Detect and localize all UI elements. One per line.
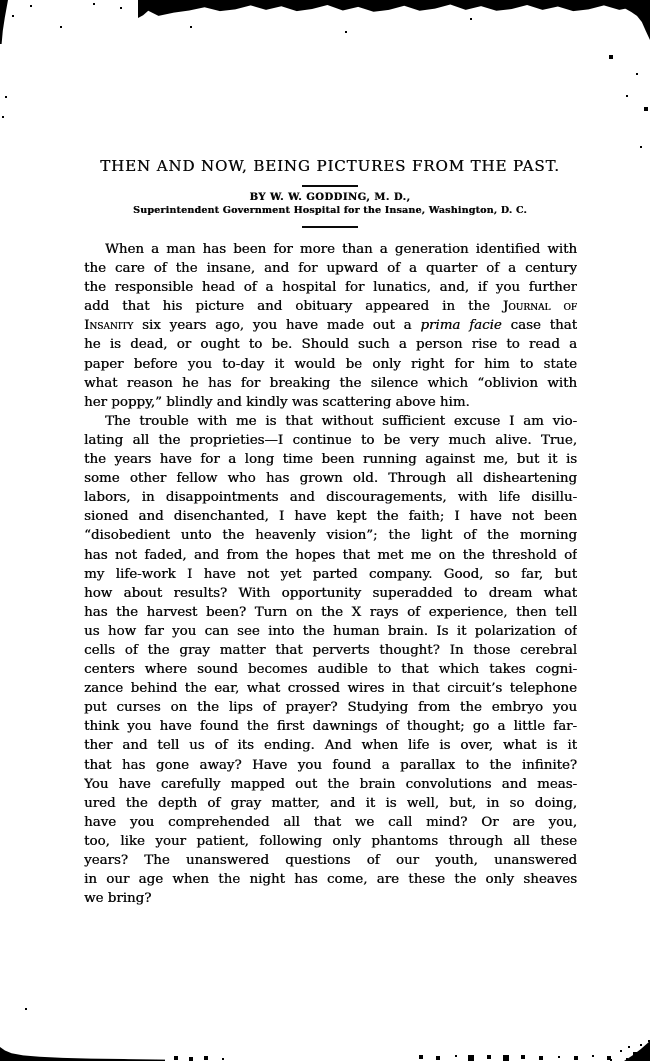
text-line: sioned and disenchanted, I have kept the… xyxy=(84,507,577,526)
text-line: labors, in disappointments and discourag… xyxy=(84,488,577,507)
text-line: add that his picture and obituary appear… xyxy=(84,297,577,316)
text-line: has not faded, and from the hopes that m… xyxy=(84,546,577,565)
text-line: think you have found the first dawnings … xyxy=(84,717,577,736)
text-line: years? The unanswered questions of our y… xyxy=(84,851,577,870)
scan-artifact-bottom-left-wedge xyxy=(0,1047,165,1061)
scan-artifact-top-band xyxy=(138,0,650,18)
paragraph: The trouble with me is that without suff… xyxy=(84,412,577,908)
text-line: the years have for a long time been runn… xyxy=(84,450,577,469)
scan-artifact-top-left-edge xyxy=(0,0,8,44)
text-line: what reason he has for breaking the sile… xyxy=(84,374,577,393)
scanned-page: THEN AND NOW, BEING PICTURES FROM THE PA… xyxy=(0,0,650,1061)
text-line: the care of the insane, and for upward o… xyxy=(84,259,577,278)
text-line: too, like your patient, following only p… xyxy=(84,832,577,851)
text-line: zance behind the ear, what crossed wires… xyxy=(84,679,577,698)
text-line: paper before you to-day it would be only… xyxy=(84,355,577,374)
text-line: put curses on the lips of prayer? Studyi… xyxy=(84,698,577,717)
author-byline: BY W. W. GODDING, M. D., xyxy=(70,192,590,203)
text-line: lating all the proprieties—I continue to… xyxy=(84,431,577,450)
text-line: “disobedient unto the heavenly vision”; … xyxy=(84,526,577,545)
text-line: The trouble with me is that without suff… xyxy=(84,412,577,431)
article-body: When a man has been for more than a gene… xyxy=(84,240,577,908)
separator-rule-top xyxy=(302,185,358,187)
text-line: how about results? With opportunity supe… xyxy=(84,584,577,603)
paragraph: When a man has been for more than a gene… xyxy=(84,240,577,412)
text-line: Insanity six years ago, you have made ou… xyxy=(84,316,577,335)
text-line: You have carefully mapped out the brain … xyxy=(84,775,577,794)
scan-artifact-bottom-right-corner xyxy=(624,1041,650,1061)
text-line: the responsible head of a hospital for l… xyxy=(84,278,577,297)
text-line: her poppy,” blindly and kindly was scatt… xyxy=(84,393,577,412)
text-line: he is dead, or ought to be. Should such … xyxy=(84,335,577,354)
text-line: us how far you can see into the human br… xyxy=(84,622,577,641)
separator-rule-bottom xyxy=(302,226,358,228)
article-title: THEN AND NOW, BEING PICTURES FROM THE PA… xyxy=(70,157,590,175)
text-line: some other fellow who has grown old. Thr… xyxy=(84,469,577,488)
text-line: When a man has been for more than a gene… xyxy=(84,240,577,259)
text-line: ther and tell us of its ending. And when… xyxy=(84,736,577,755)
text-line: my life-work I have not yet parted compa… xyxy=(84,565,577,584)
text-line: ured the depth of gray matter, and it is… xyxy=(84,794,577,813)
scan-speckles-bottom xyxy=(0,0,2,2)
text-line: we bring? xyxy=(84,889,577,908)
author-affiliation: Superintendent Government Hospital for t… xyxy=(70,205,590,216)
scan-artifact-top-right-corner xyxy=(616,0,650,40)
text-line: in our age when the night has come, are … xyxy=(84,870,577,889)
text-line: have you comprehended all that we call m… xyxy=(84,813,577,832)
text-line: has the harvest been? Turn on the X rays… xyxy=(84,603,577,622)
text-line: centers where sound becomes audible to t… xyxy=(84,660,577,679)
text-line: that has gone away? Have you found a par… xyxy=(84,756,577,775)
text-line: cells of the gray matter that perverts t… xyxy=(84,641,577,660)
